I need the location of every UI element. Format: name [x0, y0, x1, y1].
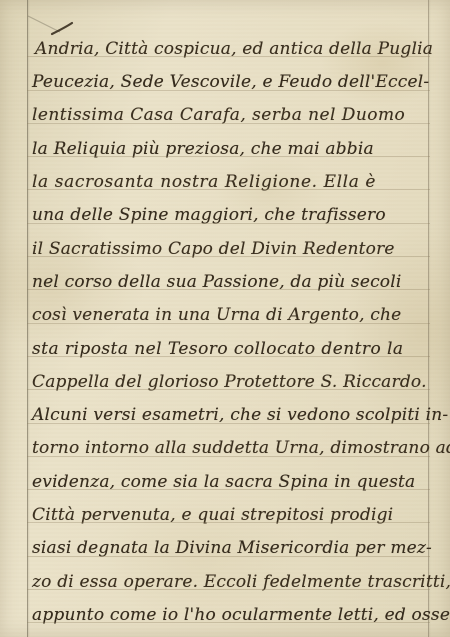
- manuscript-line-text: Alcuni versi esametri, che si vedono sco…: [32, 408, 448, 422]
- manuscript-line-text: siasi degnata la Divina Misericordia per…: [32, 541, 432, 555]
- manuscript-line: la Reliquia più preziosa, che mai abbia: [0, 124, 450, 157]
- manuscript-line: zo di essa operare. Eccoli fedelmente tr…: [0, 557, 450, 590]
- manuscript-line: sta riposta nel Tesoro collocato dentro …: [0, 324, 450, 357]
- manuscript-line-text: una delle Spine maggiori, che trafissero: [32, 208, 386, 222]
- manuscript-line-text: zo di essa operare. Eccoli fedelmente tr…: [32, 575, 450, 589]
- manuscript-line-text: nel corso della sua Passione, da più sec…: [32, 275, 402, 289]
- manuscript-line-text: Città pervenuta, e quai strepitosi prodi…: [32, 508, 393, 522]
- manuscript-line-text: Cappella del glorioso Protettore S. Ricc…: [32, 375, 427, 389]
- manuscript-line-text: torno intorno alla suddetta Urna, dimost…: [32, 441, 450, 455]
- manuscript-line: Città pervenuta, e quai strepitosi prodi…: [0, 490, 450, 523]
- manuscript-line: torno intorno alla suddetta Urna, dimost…: [0, 424, 450, 457]
- manuscript-line-text: appunto come io l'ho ocularmente letti, …: [32, 608, 450, 622]
- manuscript-line-text: la Reliquia più preziosa, che mai abbia: [32, 142, 374, 156]
- manuscript-line: Andria, Città cospicua, ed antica della …: [0, 24, 450, 57]
- manuscript-line: una delle Spine maggiori, che trafissero: [0, 190, 450, 223]
- manuscript-line-text: lentissima Casa Carafa, serba nel Duomo: [32, 108, 405, 122]
- manuscript-line: evidenza, come sia la sacra Spina in que…: [0, 457, 450, 490]
- manuscript-line: appunto come io l'ho ocularmente letti, …: [0, 590, 450, 623]
- manuscript-line-text: Peucezia, Sede Vescovile, e Feudo dell'E…: [32, 75, 429, 89]
- manuscript-line-text: sta riposta nel Tesoro collocato dentro …: [32, 342, 403, 356]
- manuscript-line-text: la sacrosanta nostra Religione. Ella è: [32, 175, 376, 189]
- manuscript-line-text: così venerata in una Urna di Argento, ch…: [32, 308, 401, 322]
- manuscript-line: Peucezia, Sede Vescovile, e Feudo dell'E…: [0, 57, 450, 90]
- manuscript-line: nel corso della sua Passione, da più sec…: [0, 257, 450, 290]
- manuscript-line: Cappella del glorioso Protettore S. Ricc…: [0, 357, 450, 390]
- manuscript-text-block: Andria, Città cospicua, ed antica della …: [0, 24, 450, 623]
- manuscript-line-text: evidenza, come sia la sacra Spina in que…: [32, 475, 415, 489]
- manuscript-line: così venerata in una Urna di Argento, ch…: [0, 290, 450, 323]
- manuscript-page: Andria, Città cospicua, ed antica della …: [0, 0, 450, 637]
- manuscript-line-text: Andria, Città cospicua, ed antica della …: [32, 42, 433, 56]
- manuscript-line-text: il Sacratissimo Capo del Divin Redentore: [32, 242, 395, 256]
- manuscript-line: lentissima Casa Carafa, serba nel Duomo: [0, 91, 450, 124]
- manuscript-line: il Sacratissimo Capo del Divin Redentore: [0, 224, 450, 257]
- manuscript-line: la sacrosanta nostra Religione. Ella è: [0, 157, 450, 190]
- manuscript-line: Alcuni versi esametri, che si vedono sco…: [0, 390, 450, 423]
- manuscript-line: siasi degnata la Divina Misericordia per…: [0, 523, 450, 556]
